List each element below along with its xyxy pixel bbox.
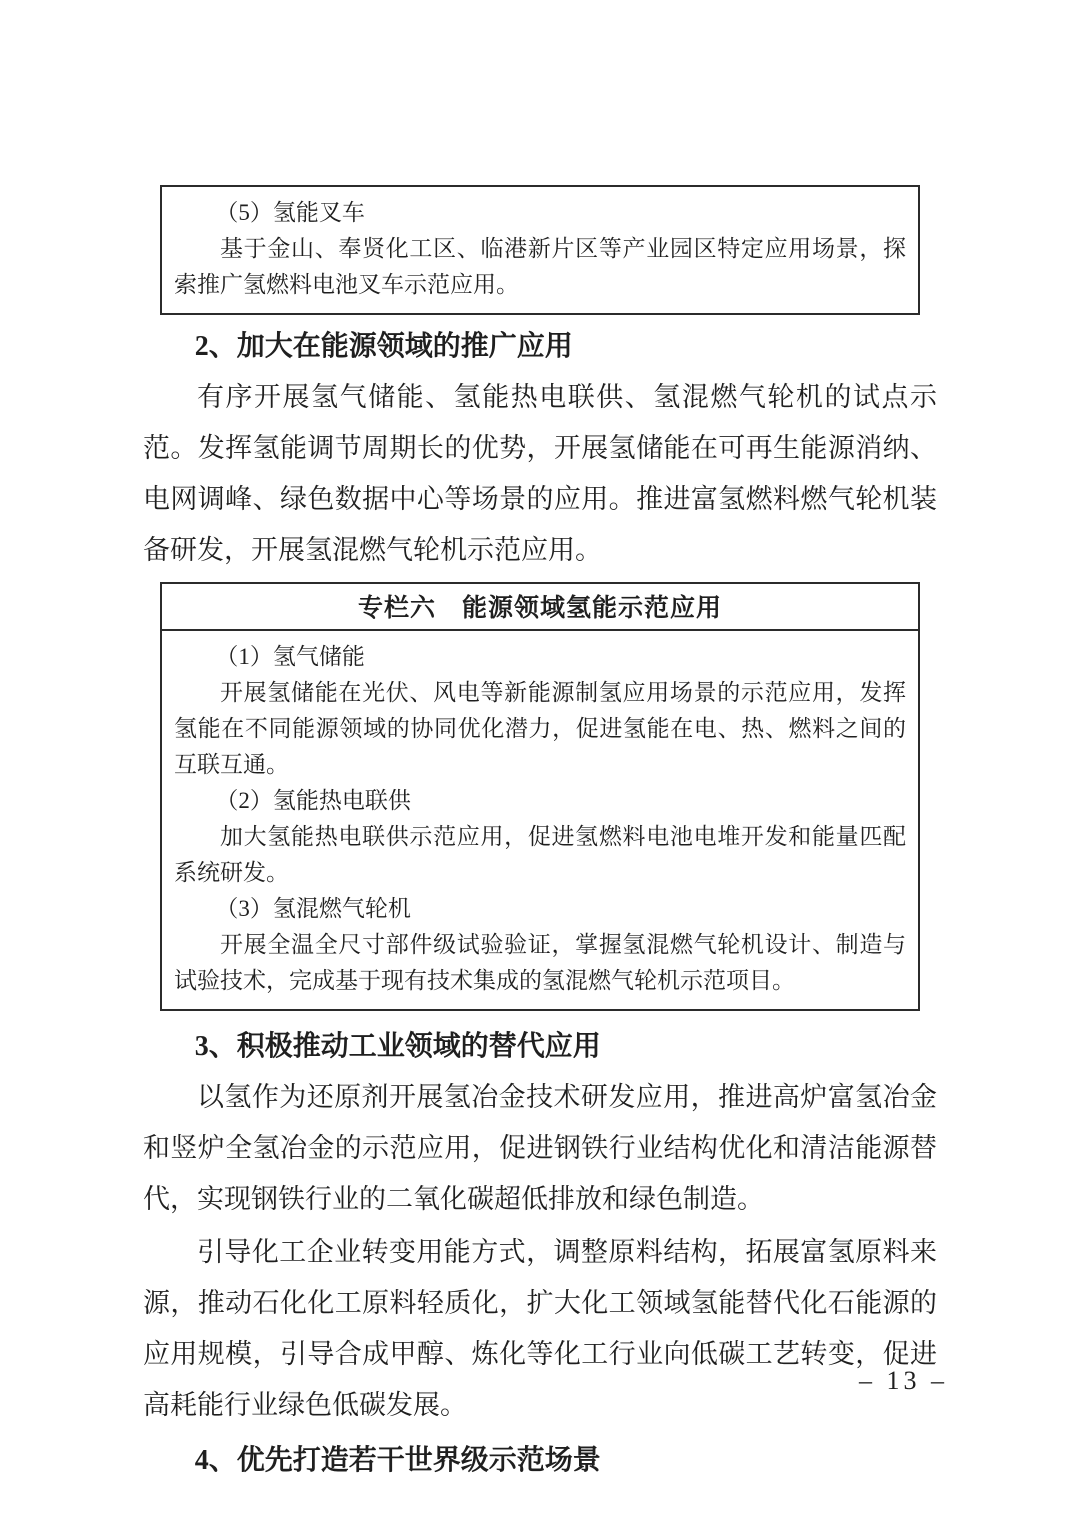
section-2-paragraph: 有序开展氢气储能、氢能热电联供、氢混燃气轮机的试点示范。发挥氢能调节周期长的优势… [143,372,937,576]
energy-box-item-3: （3）氢混燃气轮机 开展全温全尺寸部件级试验验证，掌握氢混燃气轮机设计、制造与试… [174,891,906,999]
section-3-heading: 3、积极推动工业领域的替代应用 [143,1027,937,1067]
energy-box-item-2: （2）氢能热电联供 加大氢能热电联供示范应用，促进氢燃料电池电堆开发和能量匹配系… [174,783,906,891]
section-3-paragraph-1: 以氢作为还原剂开展氢冶金技术研发应用，推进高炉富氢冶金和竖炉全氢冶金的示范应用，… [143,1072,937,1225]
energy-box-item-3-title: （3）氢混燃气轮机 [174,891,906,927]
energy-box-item-1-text: 开展氢储能在光伏、风电等新能源制氢应用场景的示范应用，发挥氢能在不同能源领域的协… [174,675,906,783]
page-number: – 13 – [859,1366,948,1396]
document-page: （5）氢能叉车 基于金山、奉贤化工区、临港新片区等产业园区特定应用场景，探索推广… [143,185,937,1481]
energy-box-item-3-text: 开展全温全尺寸部件级试验验证，掌握氢混燃气轮机设计、制造与试验技术，完成基于现有… [174,927,906,999]
energy-demo-box-body: （1）氢气储能 开展氢储能在光伏、风电等新能源制氢应用场景的示范应用，发挥氢能在… [162,631,918,1009]
energy-box-item-2-title: （2）氢能热电联供 [174,783,906,819]
section-2-heading: 2、加大在能源领域的推广应用 [143,327,937,367]
energy-box-item-1-title: （1）氢气储能 [174,639,906,675]
forklift-box-title: （5）氢能叉车 [174,195,906,231]
energy-demo-box: 专栏六 能源领域氢能示范应用 （1）氢气储能 开展氢储能在光伏、风电等新能源制氢… [160,582,920,1011]
energy-demo-box-header: 专栏六 能源领域氢能示范应用 [162,584,918,631]
section-4-heading: 4、优先打造若干世界级示范场景 [143,1441,937,1481]
section-3-paragraph-2: 引导化工企业转变用能方式，调整原料结构，拓展富氢原料来源，推动石化化工原料轻质化… [143,1227,937,1431]
forklift-box: （5）氢能叉车 基于金山、奉贤化工区、临港新片区等产业园区特定应用场景，探索推广… [160,185,920,315]
forklift-box-text: 基于金山、奉贤化工区、临港新片区等产业园区特定应用场景，探索推广氢燃料电池叉车示… [174,231,906,303]
forklift-box-body: （5）氢能叉车 基于金山、奉贤化工区、临港新片区等产业园区特定应用场景，探索推广… [162,187,918,313]
energy-box-item-1: （1）氢气储能 开展氢储能在光伏、风电等新能源制氢应用场景的示范应用，发挥氢能在… [174,639,906,783]
energy-box-item-2-text: 加大氢能热电联供示范应用，促进氢燃料电池电堆开发和能量匹配系统研发。 [174,819,906,891]
